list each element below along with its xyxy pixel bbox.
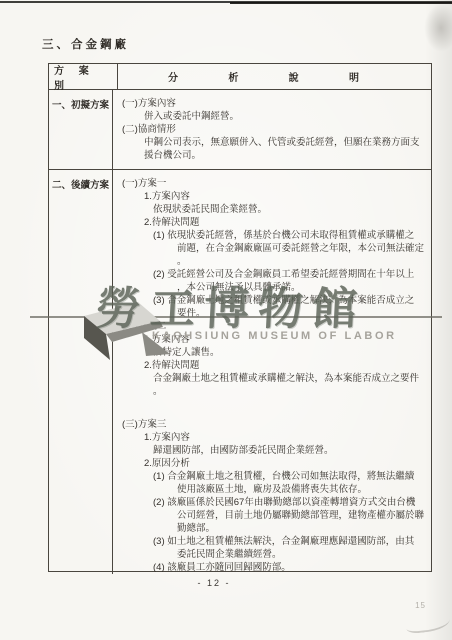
analysis-line: 依現狀委託民間企業經營。 <box>122 203 427 216</box>
analysis-line: (1) 依現狀委託經營，係基於台機公司未取得租賃權或承購權之 <box>122 229 427 242</box>
analysis-line: (二)協商情形 <box>122 123 427 136</box>
analysis-line: 2.原因分析 <box>122 457 427 470</box>
analysis-line: 前題，在合金鋼廠廠區可委託經營之年限，本公司無法確定 <box>122 242 427 255</box>
analysis-line: (4) 該廠員工亦隨同回歸國防部。 <box>122 561 427 574</box>
table-header-row: 方 案 別 分析說明 <box>49 64 431 90</box>
scanned-document-page: 15 三、合金鋼廠 方 案 別 分析說明 一、初擬方案(一)方案內容併入或委託中… <box>0 0 452 640</box>
analysis-line: 洽特定人讓售。 <box>122 346 427 359</box>
header-analysis-char: 明 <box>349 69 359 84</box>
scan-corner-mark <box>405 612 451 635</box>
analysis-line: ，本公司無法予以具體承諾。 <box>122 281 427 294</box>
plan-type-label: 一、初擬方案 <box>49 90 113 169</box>
analysis-content: (一)方案一1.方案內容依現狀委託民間企業經營。2.待解決問題(1) 依現狀委託… <box>113 170 431 574</box>
table-row: 一、初擬方案(一)方案內容併入或委託中鋼經營。(二)協商情形中鋼公司表示，無意願… <box>49 90 431 169</box>
analysis-line: 2.待解決問題 <box>122 359 427 372</box>
analysis-line: (一)方案內容 <box>122 97 427 110</box>
analysis-line: 援台機公司。 <box>122 149 427 162</box>
analysis-line: (3) 合金鋼廠土地之租賃權或承購權之解決，為本案能否成立之 <box>122 294 427 307</box>
analysis-line: 要件。 <box>122 307 427 320</box>
faint-page-index: 15 <box>415 601 426 610</box>
page-number: - 12 - <box>0 578 440 588</box>
analysis-line: 委託民間企業繼續經營。 <box>122 548 427 561</box>
analysis-table: 方 案 別 分析說明 一、初擬方案(一)方案內容併入或委託中鋼經營。(二)協商情… <box>48 63 432 572</box>
header-analysis-char: 分 <box>168 69 178 84</box>
header-analysis: 分析說明 <box>118 64 431 89</box>
analysis-line: 勤總部。 <box>122 522 427 535</box>
table-row: 二、後續方案(一)方案一1.方案內容依現狀委託民間企業經營。2.待解決問題(1)… <box>49 169 431 574</box>
header-analysis-char: 析 <box>228 69 238 84</box>
analysis-line: 1.方案內容 <box>122 190 427 203</box>
analysis-line: 歸還國防部，由國防部委託民間企業經營。 <box>122 444 427 457</box>
header-analysis-char: 說 <box>289 69 299 84</box>
plan-type-label: 二、後續方案 <box>49 170 113 574</box>
analysis-line: (3) 如土地之租賃權無法解決，合金鋼廠理應歸還國防部，由其 <box>122 535 427 548</box>
analysis-line: 。 <box>122 385 427 398</box>
analysis-line: 併入或委託中鋼經營。 <box>122 110 427 123</box>
scan-edge-line-dark <box>230 2 452 4</box>
analysis-line: 合金鋼廠土地之租賃權或承購權之解決，為本案能否成立之要件 <box>122 372 427 385</box>
analysis-line: 。 <box>122 255 427 268</box>
section-title: 三、合金鋼廠 <box>42 36 129 52</box>
analysis-line: 中鋼公司表示，無意願併入、代管或委託經營，但願在業務方面支 <box>122 136 427 149</box>
analysis-line: (三)方案三 <box>122 418 427 431</box>
scan-smudge <box>424 4 452 52</box>
analysis-content: (一)方案內容併入或委託中鋼經營。(二)協商情形中鋼公司表示，無意願併入、代管或… <box>113 90 431 169</box>
analysis-line: (二)方案二 <box>122 320 427 333</box>
analysis-line: 公司經營，目前土地仍屬聯勤總部管理，建物產權亦屬於聯 <box>122 509 427 522</box>
analysis-line: 1.方案內容 <box>122 333 427 346</box>
analysis-line: (2) 該廠區係於民國67年由聯勤總部以資產轉增資方式交由台機 <box>122 496 427 509</box>
analysis-table-body: 一、初擬方案(一)方案內容併入或委託中鋼經營。(二)協商情形中鋼公司表示，無意願… <box>49 90 431 574</box>
header-plan-type: 方 案 別 <box>49 64 118 89</box>
analysis-line: 2.待解決問題 <box>122 216 427 229</box>
analysis-line: 1.方案內容 <box>122 431 427 444</box>
analysis-line: (2) 受託經營公司及合金鋼廠員工希望委託經營期間在十年以上 <box>122 268 427 281</box>
analysis-line: 使用該廠區土地，廠房及設備將喪失其依存。 <box>122 483 427 496</box>
analysis-line: (一)方案一 <box>122 177 427 190</box>
analysis-line: (1) 合金鋼廠土地之租賃權，台機公司如無法取得，將無法繼續 <box>122 470 427 483</box>
